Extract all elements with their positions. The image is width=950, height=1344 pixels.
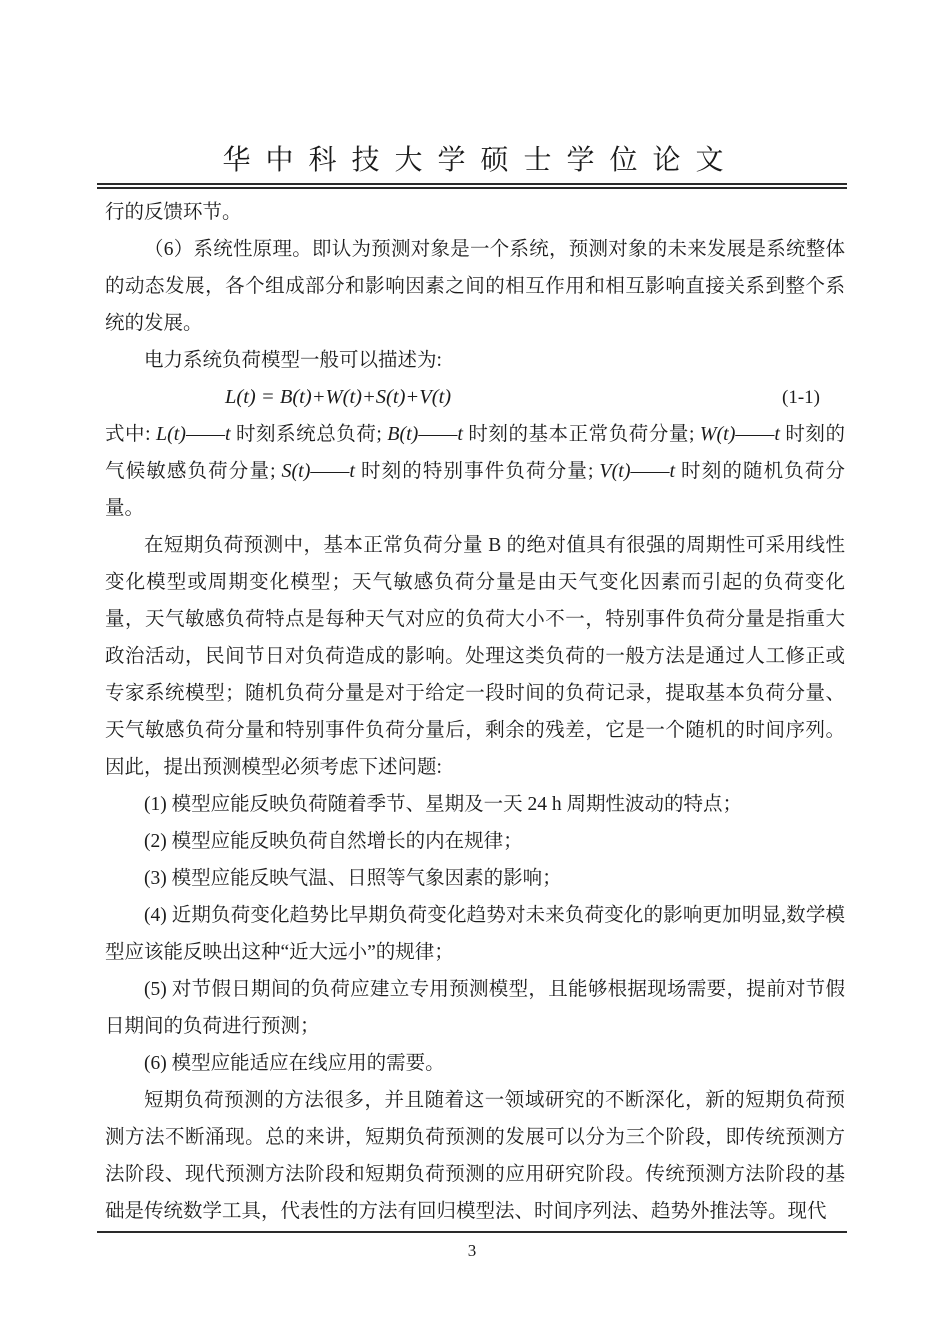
footer-rule <box>97 1231 847 1233</box>
text-segment: 式中: <box>105 424 156 445</box>
page-body: 行的反馈环节。 （6）系统性原理。即认为预测对象是一个系统，预测对象的未来发展是… <box>105 194 845 1230</box>
math-symbol: S(t) <box>282 460 311 482</box>
paragraph-where-clause: 式中: L(t)——t 时刻系统总负荷; B(t)——t 时刻的基本正常负荷分量… <box>105 416 845 527</box>
paragraph-principle-6: （6）系统性原理。即认为预测对象是一个系统，预测对象的未来发展是系统整体的动态发… <box>105 231 845 342</box>
thesis-page: 华 中 科 技 大 学 硕 士 学 位 论 文 行的反馈环节。 （6）系统性原理… <box>0 0 950 1344</box>
list-item-5: (5) 对节假日期间的负荷应建立专用预测模型，且能够根据现场需要，提前对节假日期… <box>105 971 845 1045</box>
paragraph-short-term-forecast: 在短期负荷预测中，基本正常负荷分量 B 的绝对值具有很强的周期性可采用线性变化模… <box>105 527 845 786</box>
equation-body: L(t) = B(t)+W(t)+S(t)+V(t) <box>225 379 451 416</box>
paragraph-continuation: 行的反馈环节。 <box>105 194 845 231</box>
paragraph-method-stages: 短期负荷预测的方法很多，并且随着这一领域研究的不断深化，新的短期负荷预测方法不断… <box>105 1082 845 1230</box>
page-number: 3 <box>97 1241 847 1261</box>
math-symbol: L(t) <box>156 423 186 445</box>
list-item-1: (1) 模型应能反映负荷随着季节、星期及一天 24 h 周期性波动的特点； <box>105 786 845 823</box>
text-segment: 时刻的特别事件负荷分量; <box>355 461 599 482</box>
equation-number: (1-1) <box>782 379 845 416</box>
list-item-2: (2) 模型应能反映负荷自然增长的内在规律； <box>105 823 845 860</box>
math-symbol: B(t) <box>387 423 418 445</box>
text-segment: —— <box>630 461 669 482</box>
text-segment: —— <box>418 424 457 445</box>
header-double-rule <box>97 183 847 189</box>
text-segment: —— <box>310 461 349 482</box>
math-symbol: W(t) <box>700 423 736 445</box>
list-item-6: (6) 模型应能适应在线应用的需要。 <box>105 1045 845 1082</box>
page-header-title: 华 中 科 技 大 学 硕 士 学 位 论 文 <box>0 138 950 178</box>
paragraph-model-intro: 电力系统负荷模型一般可以描述为: <box>105 342 845 379</box>
text-segment: —— <box>735 424 774 445</box>
text-segment: 时刻系统总负荷; <box>231 424 388 445</box>
text-segment: 时刻的基本正常负荷分量; <box>463 424 700 445</box>
text-segment: —— <box>186 424 225 445</box>
math-symbol: V(t) <box>599 460 630 482</box>
equation-1-1: L(t) = B(t)+W(t)+S(t)+V(t) (1-1) <box>105 379 845 416</box>
list-item-4: (4) 近期负荷变化趋势比早期负荷变化趋势对未来负荷变化的影响更加明显,数学模型… <box>105 897 845 971</box>
list-item-3: (3) 模型应能反映气温、日照等气象因素的影响； <box>105 860 845 897</box>
